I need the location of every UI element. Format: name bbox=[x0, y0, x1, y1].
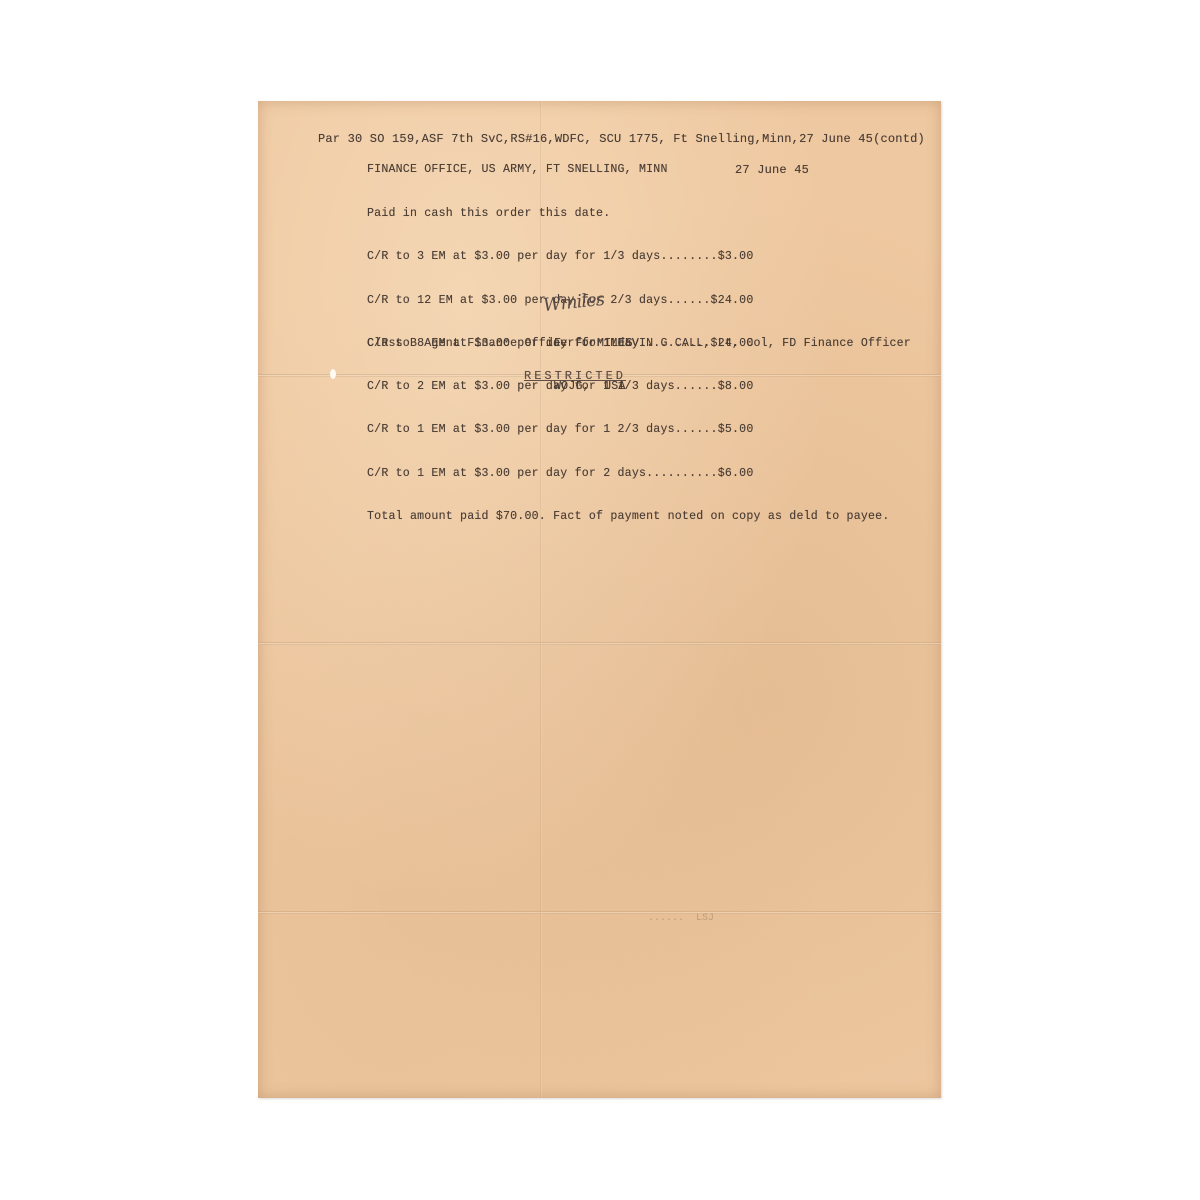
paper-hole bbox=[330, 369, 336, 379]
total-statement: Total amount paid $70.00. Fact of paymen… bbox=[367, 510, 890, 524]
order-header: Par 30 SO 159,ASF 7th SvC,RS#16,WDFC, SC… bbox=[318, 132, 925, 147]
finance-office-heading: FINANCE OFFICE, US ARMY, FT SNELLING, MI… bbox=[367, 163, 668, 178]
fold-crease bbox=[258, 911, 941, 914]
document-page: Par 30 SO 159,ASF 7th SvC,RS#16,WDFC, SC… bbox=[258, 101, 941, 1098]
payment-line: C/R to 1 EM at $3.00 per day for 1 2/3 d… bbox=[367, 423, 890, 437]
paid-statement: Paid in cash this order this date. bbox=[367, 207, 890, 221]
payment-line: C/R to 12 EM at $3.00 per day for 2/3 da… bbox=[367, 294, 890, 308]
office-date: 27 June 45 bbox=[735, 163, 809, 178]
payment-line: C/R to 1 EM at $3.00 per day for 2 days.… bbox=[367, 467, 890, 481]
agent-designation: Class B Agent Finance Officer for MELVIN… bbox=[367, 337, 911, 352]
faint-bleed-through: ...... LSJ bbox=[648, 913, 714, 924]
signature-block: F. F. MILES WOJG, USA bbox=[554, 308, 633, 424]
fold-crease bbox=[258, 642, 941, 645]
payment-line: C/R to 3 EM at $3.00 per day for 1/3 day… bbox=[367, 250, 890, 264]
classification-stamp: RESTRICTED bbox=[524, 369, 626, 384]
